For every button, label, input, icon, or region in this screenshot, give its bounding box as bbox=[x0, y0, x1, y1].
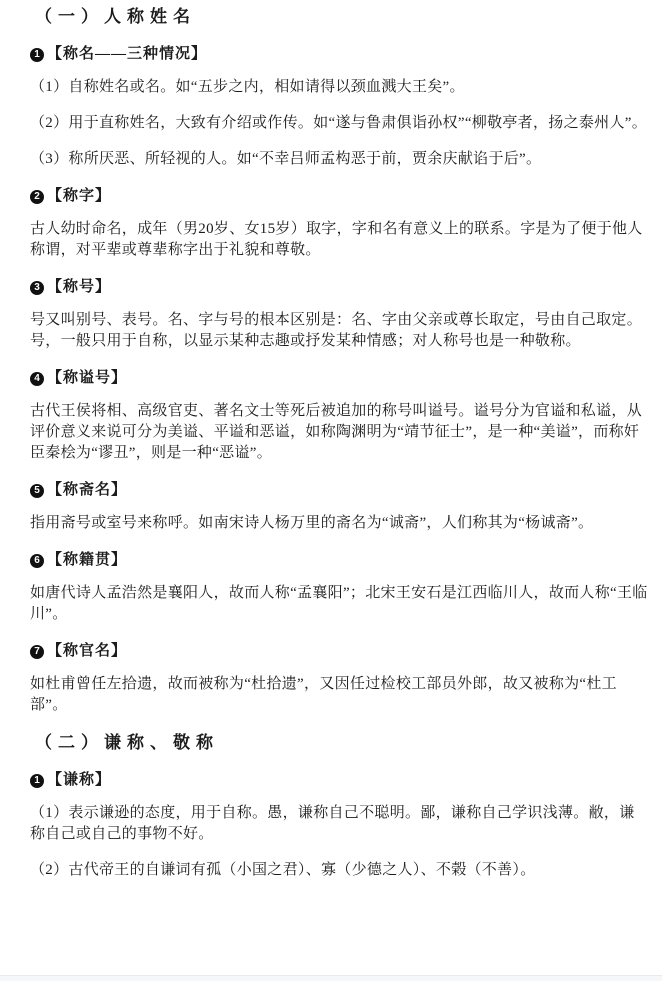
term-heading-chengming: 1【称名——三种情况】 bbox=[30, 44, 648, 65]
paragraph: （2）古代帝王的自谦词有孤（小国之君）、寡（少德之人）、不榖（不善）。 bbox=[30, 860, 648, 881]
circled-number-2-icon: 2 bbox=[30, 190, 44, 204]
circled-number-3-icon: 3 bbox=[30, 281, 44, 295]
term-heading-qiancheng: 1【谦称】 bbox=[30, 770, 648, 791]
paragraph: （1）表示谦逊的态度，用于自称。愚，谦称自己不聪明。鄙，谦称自己学识浅薄。敝，谦… bbox=[30, 803, 648, 845]
circled-number-1-icon: 1 bbox=[30, 774, 44, 788]
circled-number-7-icon: 7 bbox=[30, 645, 44, 659]
circled-number-5-icon: 5 bbox=[30, 484, 44, 498]
term-heading-chenghao: 3【称号】 bbox=[30, 277, 648, 298]
paragraph: （3）称所厌恶、所轻视的人。如“不幸吕师孟构恶于前，贾余庆献谄于后”。 bbox=[30, 149, 648, 170]
term-heading-label: 【称籍贯】 bbox=[47, 552, 127, 568]
paragraph: 号又叫别号、表号。名、字与号的根本区别是：名、字由父亲或尊长取定，号由自己取定。… bbox=[30, 310, 648, 352]
term-heading-label: 【称官名】 bbox=[47, 643, 127, 659]
circled-number-1-icon: 1 bbox=[30, 48, 44, 62]
term-heading-label: 【称谥号】 bbox=[47, 370, 127, 386]
term-heading-label: 【谦称】 bbox=[47, 772, 111, 788]
term-heading-chengshihao: 4【称谥号】 bbox=[30, 368, 648, 389]
paragraph: 如唐代诗人孟浩然是襄阳人，故而人称“孟襄阳”；北宋王安石是江西临川人，故而人称“… bbox=[30, 583, 648, 625]
term-heading-chengjiguan: 6【称籍贯】 bbox=[30, 550, 648, 571]
term-heading-label: 【称号】 bbox=[47, 279, 111, 295]
section-title-1: （一）人称姓名 bbox=[30, 6, 648, 28]
paragraph: 指用斋号或室号来称呼。如南宋诗人杨万里的斋名为“诚斋”，人们称其为“杨诚斋”。 bbox=[30, 513, 648, 534]
document-page: （一）人称姓名 1【称名——三种情况】 （1）自称姓名或名。如“五步之内，相如请… bbox=[0, 0, 662, 881]
section-title-2: （二）谦称、敬称 bbox=[30, 732, 648, 754]
page-bottom-edge bbox=[0, 975, 662, 981]
term-heading-chengzi: 2【称字】 bbox=[30, 186, 648, 207]
paragraph: 如杜甫曾任左拾遗，故而被称为“杜拾遗”，又因任过检校工部员外郎，故又被称为“杜工… bbox=[30, 674, 648, 716]
paragraph: （1）自称姓名或名。如“五步之内，相如请得以颈血溅大王矣”。 bbox=[30, 77, 648, 98]
term-heading-label: 【称名——三种情况】 bbox=[47, 46, 207, 62]
paragraph: 古代王侯将相、高级官吏、著名文士等死后被追加的称号叫谥号。谥号分为官谥和私谥，从… bbox=[30, 401, 648, 464]
term-heading-chengzhaiming: 5【称斋名】 bbox=[30, 480, 648, 501]
term-heading-chengguanming: 7【称官名】 bbox=[30, 641, 648, 662]
circled-number-4-icon: 4 bbox=[30, 372, 44, 386]
paragraph: 古人幼时命名，成年（男20岁、女15岁）取字，字和名有意义上的联系。字是为了便于… bbox=[30, 219, 648, 261]
paragraph: （2）用于直称姓名，大致有介绍或作传。如“遂与鲁肃俱诣孙权”“柳敬亭者，扬之泰州… bbox=[30, 113, 648, 134]
circled-number-6-icon: 6 bbox=[30, 554, 44, 568]
term-heading-label: 【称斋名】 bbox=[47, 482, 127, 498]
term-heading-label: 【称字】 bbox=[47, 188, 111, 204]
